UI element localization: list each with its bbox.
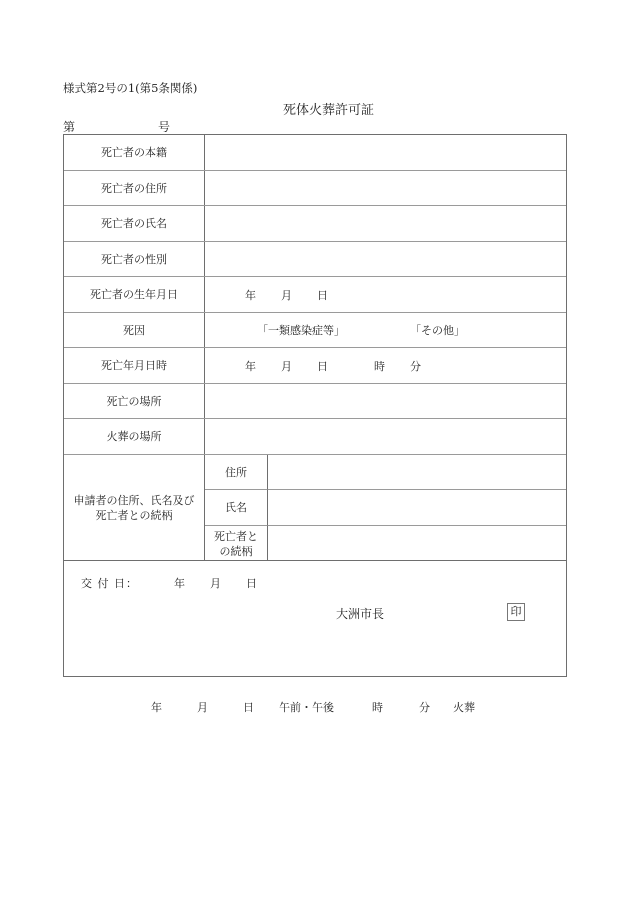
row-label: 死亡年月日時: [64, 348, 205, 383]
month-label: 月: [281, 358, 292, 374]
applicant-relationship-field[interactable]: [268, 526, 566, 561]
year-label: 年: [245, 358, 256, 374]
row-label: 死亡者の性別: [64, 242, 205, 276]
row-address: 死亡者の住所: [64, 171, 566, 206]
cause-option-infectious[interactable]: 「一類感染症等」: [257, 322, 345, 338]
row-sex: 死亡者の性別: [64, 242, 566, 277]
hour-label: 時: [374, 358, 385, 374]
row-birthdate: 死亡者の生年月日 年 月 日: [64, 277, 566, 313]
applicant-name-label: 氏名: [205, 490, 268, 526]
row-label: 死亡者の本籍: [64, 135, 205, 170]
applicant-relationship-label: 死亡者と の続柄: [205, 526, 268, 561]
birthdate-field[interactable]: 年 月 日: [205, 277, 566, 312]
issue-date-label: 交 付 日：: [81, 575, 138, 591]
footer-year-label: 年: [151, 699, 162, 715]
row-label: 死亡の場所: [64, 384, 205, 418]
applicant-address-label: 住所: [205, 455, 268, 490]
cause-of-death-field[interactable]: 「一類感染症等」 「その他」: [205, 313, 566, 347]
sex-field[interactable]: [205, 242, 566, 276]
cause-option-other[interactable]: 「その他」: [410, 322, 465, 338]
row-cause-of-death: 死因 「一類感染症等」 「その他」: [64, 313, 566, 348]
applicant-name-field[interactable]: [268, 490, 566, 526]
name-field[interactable]: [205, 206, 566, 241]
month-label: 月: [281, 287, 292, 303]
applicant-section: 申請者の住所、氏名及び 死亡者との続柄 住所 氏名 死亡者と の続柄: [64, 455, 566, 561]
issuer-title: 大洲市長: [336, 605, 384, 622]
permit-number-prefix: 第: [63, 118, 75, 135]
minute-label: 分: [410, 358, 421, 374]
row-label: 火葬の場所: [64, 419, 205, 454]
day-label: 日: [317, 287, 328, 303]
row-place-of-death: 死亡の場所: [64, 384, 566, 419]
applicant-label-line2: 死亡者との続柄: [74, 508, 195, 523]
row-registered-domicile: 死亡者の本籍: [64, 135, 566, 171]
footer-minute-label: 分: [419, 699, 430, 715]
cremation-place-field[interactable]: [205, 419, 566, 454]
issue-year-label: 年: [174, 575, 185, 591]
issue-day-label: 日: [246, 575, 257, 591]
relationship-label-line2: の続柄: [214, 544, 258, 559]
year-label: 年: [245, 287, 256, 303]
footer-ampm-label: 午前・午後: [279, 699, 334, 715]
seal-icon: 印: [507, 603, 525, 621]
registered-domicile-field[interactable]: [205, 135, 566, 170]
permit-table: 死亡者の本籍 死亡者の住所 死亡者の氏名 死亡者の性別 死亡者の生年月日 年 月…: [63, 134, 567, 677]
place-of-death-field[interactable]: [205, 384, 566, 418]
issue-section: 交 付 日： 年 月 日 大洲市長 印: [64, 561, 566, 676]
document-title: 死体火葬許可証: [0, 99, 630, 118]
row-cremation-place: 火葬の場所: [64, 419, 566, 455]
footer-day-label: 日: [243, 699, 254, 715]
address-field[interactable]: [205, 171, 566, 205]
row-label: 死亡者の住所: [64, 171, 205, 205]
row-name: 死亡者の氏名: [64, 206, 566, 242]
applicant-label-line1: 申請者の住所、氏名及び: [74, 493, 195, 508]
death-datetime-field[interactable]: 年 月 日 時 分: [205, 348, 566, 383]
footer-month-label: 月: [197, 699, 208, 715]
row-label: 死亡者の氏名: [64, 206, 205, 241]
row-label: 死亡者の生年月日: [64, 277, 205, 312]
permit-number-suffix: 号: [158, 118, 170, 135]
applicant-address-field[interactable]: [268, 455, 566, 490]
relationship-label-line1: 死亡者と: [214, 529, 258, 544]
applicant-label: 申請者の住所、氏名及び 死亡者との続柄: [64, 455, 205, 560]
issue-month-label: 月: [210, 575, 221, 591]
form-reference: 様式第2号の1(第5条関係): [63, 80, 197, 96]
footer-hour-label: 時: [372, 699, 383, 715]
row-label: 死因: [64, 313, 205, 347]
row-death-datetime: 死亡年月日時 年 月 日 時 分: [64, 348, 566, 384]
footer-cremation-label: 火葬: [453, 699, 475, 715]
day-label: 日: [317, 358, 328, 374]
